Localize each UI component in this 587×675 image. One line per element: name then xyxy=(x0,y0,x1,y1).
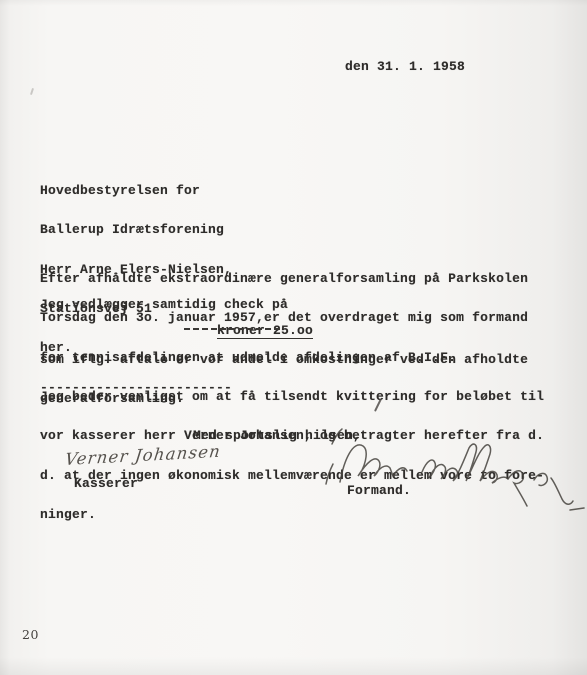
body-line: Efter afhåldte ekstraordinære generalfor… xyxy=(40,272,528,285)
recipient-line: Hovedbestyrelsen for xyxy=(40,184,232,197)
scanned-letter-page: den 31. 1. 1958 Hovedbestyrelsen for Bal… xyxy=(0,0,587,675)
enclosure-line: Jeg vedlægger samtidig check på xyxy=(40,298,288,311)
formand-title: Formand. xyxy=(347,484,411,497)
formand-handwritten-signature xyxy=(318,418,586,526)
scan-artifact-mark xyxy=(30,88,34,95)
page-number: 20 xyxy=(22,627,39,642)
body-line: Jeg beder venligst om at få tilsendt kvi… xyxy=(40,390,544,403)
letter-date: den 31. 1. 1958 xyxy=(345,60,465,73)
recipient-line: Ballerup Idrætsforening xyxy=(40,223,232,236)
kasserer-title: Kasserer xyxy=(74,477,138,490)
